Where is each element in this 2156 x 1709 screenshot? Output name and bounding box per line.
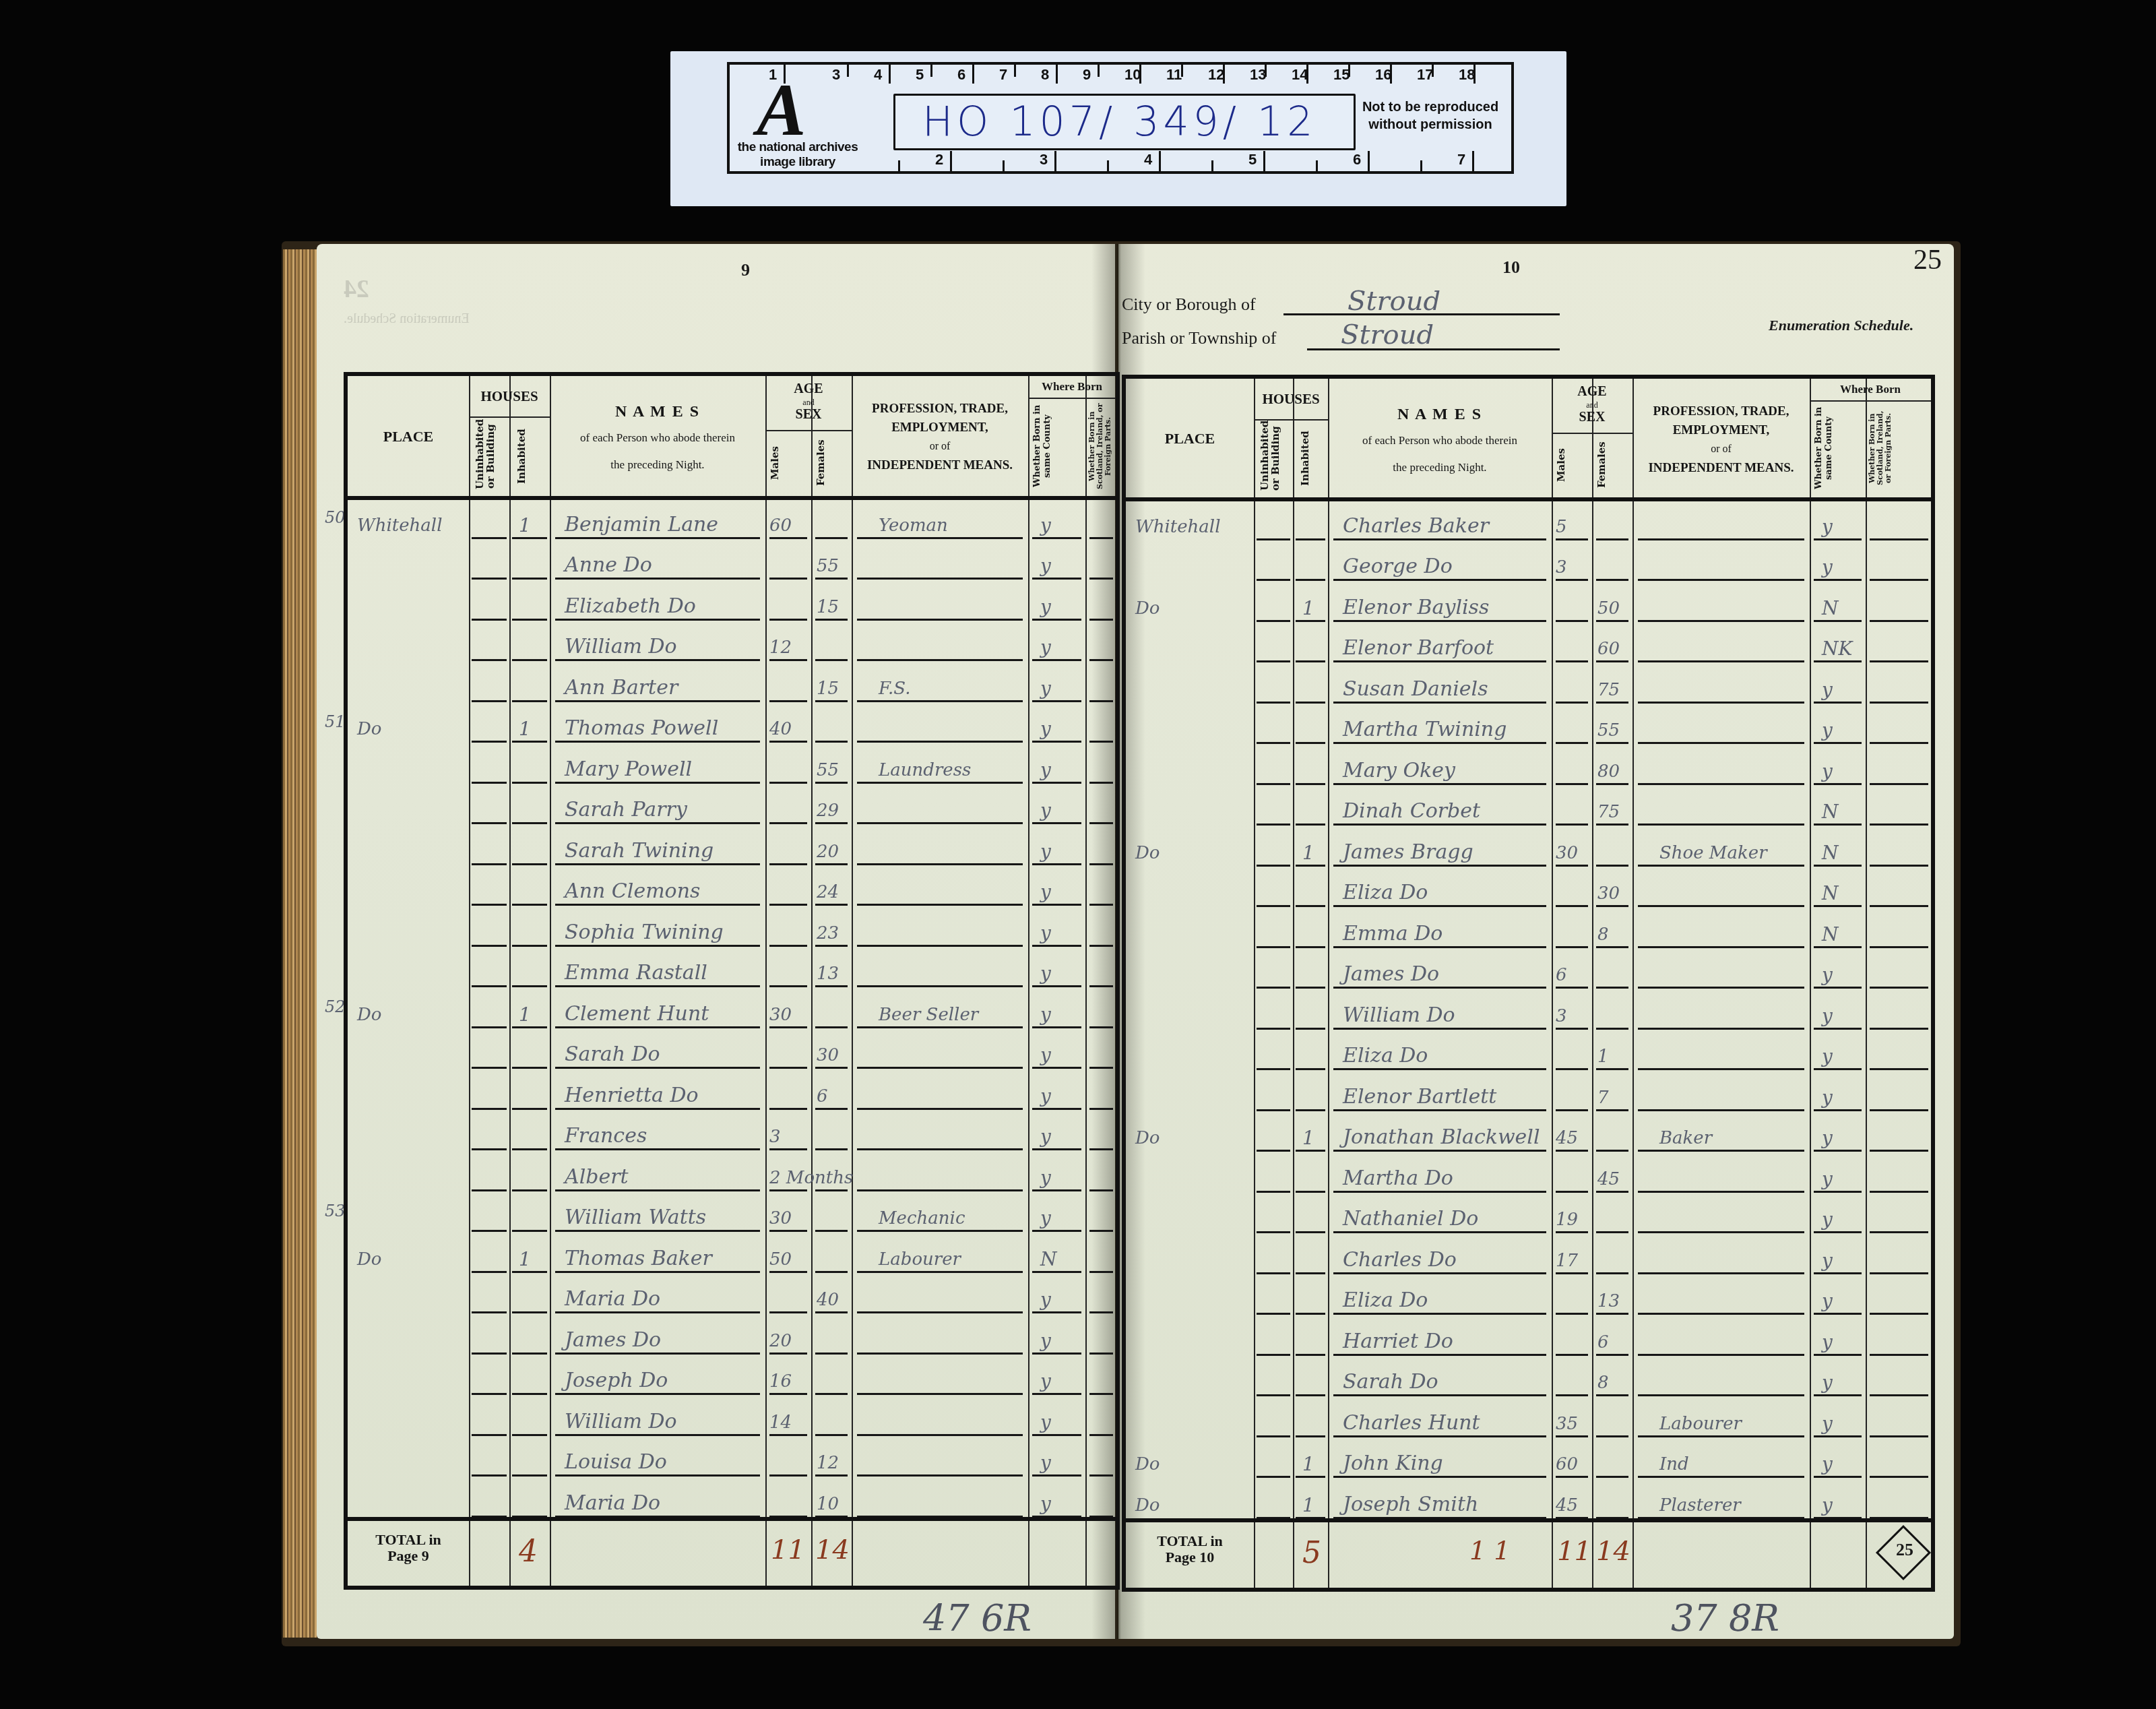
cm-label: 3: [832, 66, 840, 84]
row-rule: [857, 1271, 1023, 1273]
row-rule: [555, 659, 760, 661]
ruler-tick: [1014, 65, 1016, 77]
row-rule: [1596, 742, 1628, 744]
folio-number: 25: [1913, 244, 1942, 276]
same-county-cell: y: [1040, 1085, 1084, 1107]
inhabited-cell: 1: [519, 718, 548, 740]
row-rule: [1032, 945, 1081, 947]
row-rule: [512, 945, 547, 947]
row-rule: [1089, 1393, 1113, 1395]
row-rule: [1333, 1191, 1546, 1193]
row-rule: [815, 1026, 848, 1028]
table-row: Do1Thomas Powell40y: [348, 704, 1116, 745]
row-rule: [472, 782, 507, 784]
same-county-cell: N: [1822, 842, 1864, 864]
row-rule: [1296, 1191, 1325, 1193]
ruler-tick: [1056, 65, 1058, 84]
row-rule: [1556, 1394, 1588, 1396]
header-uninhabited: Uninhabited or Building: [474, 423, 507, 489]
header-males: Males: [1556, 439, 1589, 491]
same-county-cell: y: [1822, 964, 1864, 986]
row-rule: [1596, 824, 1628, 826]
table-row: William Do14y: [348, 1397, 1116, 1438]
row-rule: [769, 822, 807, 824]
row-rule: [1870, 660, 1928, 662]
ruler-tick: [1107, 160, 1109, 171]
same-county-cell: y: [1040, 1167, 1084, 1189]
name-cell: Emma Rastall: [565, 961, 764, 985]
ruler-tick: [1211, 160, 1213, 171]
row-rule: [472, 700, 507, 702]
row-rule: [1032, 1353, 1081, 1355]
row-rule: [1870, 1272, 1928, 1274]
row-rule: [1089, 1026, 1113, 1028]
same-county-cell: y: [1822, 1005, 1864, 1027]
row-rule: [1257, 1435, 1290, 1437]
row-rule: [1596, 1476, 1628, 1478]
row-rule: [472, 1230, 507, 1232]
name-cell: Harriet Do: [1343, 1330, 1550, 1353]
row-rule: [815, 619, 848, 621]
row-rule: [857, 1393, 1023, 1395]
row-rule: [1333, 620, 1546, 622]
row-rule: [1556, 987, 1588, 989]
row-rule: [1296, 1394, 1325, 1396]
header-age: AGE: [765, 381, 852, 397]
ruler-tick: [1316, 160, 1318, 171]
name-cell: James Bragg: [1343, 840, 1550, 864]
row-rule: [1257, 620, 1290, 622]
age-divider: [765, 430, 852, 431]
place-cell: Do: [1135, 1495, 1250, 1516]
place-cell: Do: [1135, 1128, 1250, 1148]
same-county-cell: y: [1040, 840, 1084, 863]
row-rule: [1296, 538, 1325, 540]
female-age-cell: 30: [1597, 883, 1631, 904]
row-rule: [1638, 1313, 1804, 1315]
female-age-cell: 24: [817, 882, 850, 902]
row-rule: [1870, 1354, 1928, 1356]
name-cell: Ann Clemons: [565, 879, 764, 903]
name-cell: John King: [1343, 1452, 1550, 1475]
header-age: AGE: [1552, 384, 1632, 400]
cm-label: 9: [1083, 66, 1091, 84]
profession-cell: Labourer: [1659, 1414, 1807, 1434]
row-rule: [1556, 824, 1588, 826]
row-rule: [1257, 1109, 1290, 1111]
female-age-cell: 55: [817, 760, 850, 780]
row-rule: [1814, 1231, 1862, 1233]
row-rule: [769, 1393, 807, 1395]
inhabited-cell: 1: [519, 514, 548, 536]
row-rule: [512, 1353, 547, 1355]
row-rule: [1089, 1271, 1113, 1273]
row-rule: [555, 1311, 760, 1313]
row-rule: [769, 659, 807, 661]
row-rule: [769, 1189, 807, 1191]
same-county-cell: y: [1040, 1044, 1084, 1066]
age-divider: [1552, 433, 1632, 434]
table-row: Susan Daniels75y: [1126, 664, 1931, 706]
row-rule: [815, 537, 848, 539]
row-rule: [1638, 538, 1804, 540]
inhabited-cell: 1: [1302, 842, 1327, 864]
row-rule: [1333, 1068, 1546, 1070]
name-cell: Sophia Twining: [565, 921, 764, 944]
inhabited-cell: 1: [519, 1248, 548, 1270]
row-rule: [555, 1230, 760, 1232]
row-rule: [1089, 904, 1113, 906]
row-rule: [1032, 822, 1081, 824]
row-rule: [555, 1353, 760, 1355]
table-row: Emma Rastall13y: [348, 949, 1116, 990]
cm-label: 14: [1292, 66, 1308, 84]
row-rule: [1032, 1311, 1081, 1313]
male-age-cell: 2 Months: [769, 1168, 810, 1188]
row-rule: [555, 578, 760, 580]
total-names-marks: 1 1: [1469, 1536, 1510, 1565]
where-born-divider: [1810, 400, 1931, 402]
row-rule: [1556, 1354, 1588, 1356]
total-label-line-2: Page 10: [1131, 1549, 1248, 1565]
row-rule: [472, 985, 507, 987]
male-age-cell: 17: [1556, 1251, 1591, 1271]
row-rule: [815, 1189, 848, 1191]
row-rule: [1032, 1271, 1081, 1273]
page-number: 10: [1502, 257, 1520, 278]
footer-pencil-note: 37 8R: [1671, 1597, 1779, 1640]
row-rule: [1257, 1028, 1290, 1030]
same-county-cell: y: [1822, 1127, 1864, 1149]
ruler-tick: [1054, 151, 1056, 171]
row-rule: [1257, 946, 1290, 948]
row-rule: [1296, 824, 1325, 826]
row-rule: [815, 1230, 848, 1232]
row-rule: [1638, 1476, 1804, 1478]
row-rule: [1638, 1354, 1804, 1356]
row-rule: [1032, 1393, 1081, 1395]
name-cell: William Do: [1343, 1003, 1550, 1027]
header-profession: EMPLOYMENT,: [852, 421, 1028, 435]
row-rule: [1296, 579, 1325, 581]
ruler-tick: [950, 151, 952, 171]
male-age-cell: 20: [769, 1331, 810, 1351]
name-cell: Clement Hunt: [565, 1002, 764, 1026]
row-rule: [769, 945, 807, 947]
place-cell: Do: [357, 1005, 465, 1025]
row-rule: [1556, 620, 1588, 622]
row-rule: [815, 782, 848, 784]
row-rule: [472, 741, 507, 743]
row-rule: [1814, 987, 1862, 989]
same-county-cell: y: [1822, 1453, 1864, 1475]
row-rule: [1870, 1313, 1928, 1315]
row-rule: [769, 863, 807, 865]
same-county-cell: y: [1822, 1331, 1864, 1353]
row-rule: [1333, 1231, 1546, 1233]
row-rule: [1638, 783, 1804, 785]
row-rule: [1333, 1313, 1546, 1315]
female-age-cell: 75: [1597, 680, 1631, 700]
header-names-sub: of each Person who abode therein: [550, 431, 765, 445]
logo-line-2: image library: [734, 155, 862, 170]
same-county-cell: y: [1040, 596, 1084, 618]
row-rule: [472, 1148, 507, 1150]
row-rule: [1596, 783, 1628, 785]
inhabited-cell: 1: [1302, 1453, 1327, 1475]
row-rule: [1257, 824, 1290, 826]
female-age-cell: 55: [817, 556, 850, 576]
row-rule: [1089, 1353, 1113, 1355]
row-rule: [1814, 579, 1862, 581]
total-inhabited: 5: [1302, 1536, 1321, 1570]
place-cell: Do: [1135, 843, 1250, 863]
table-row: Harriet Do6y: [1126, 1317, 1931, 1358]
female-age-cell: 8: [1597, 1373, 1631, 1393]
row-rule: [1596, 1191, 1628, 1193]
male-age-cell: 35: [1556, 1414, 1591, 1434]
row-rule: [1257, 905, 1290, 907]
name-cell: Frances: [565, 1124, 764, 1148]
row-rule: [1814, 1435, 1862, 1437]
name-cell: Maria Do: [565, 1287, 764, 1311]
name-cell: Martha Twining: [1343, 718, 1550, 741]
row-rule: [1556, 660, 1588, 662]
row-rule: [1032, 904, 1081, 906]
header-foreign-parts: Whether Born in Scotland, Ireland, or Fo…: [1868, 406, 1928, 491]
table-row: Nathaniel Do19y: [1126, 1195, 1931, 1236]
same-county-cell: NK: [1822, 638, 1864, 660]
row-rule: [1032, 1189, 1081, 1191]
profession-cell: Yeoman: [879, 516, 1025, 536]
row-rule: [1814, 824, 1862, 826]
row-rule: [1596, 538, 1628, 540]
row-rule: [1296, 1150, 1325, 1152]
row-rule: [1257, 865, 1290, 867]
inch-label: 7: [1457, 151, 1465, 168]
page-number: 9: [741, 260, 750, 280]
table-row: WhitehallCharles Baker5y: [1126, 501, 1931, 542]
table-row: Maria Do40y: [348, 1275, 1116, 1316]
census-table-page-10: PLACEHOUSESUninhabited or BuildingInhabi…: [1122, 375, 1935, 1592]
row-rule: [1556, 1028, 1588, 1030]
female-age-cell: 55: [1597, 720, 1631, 741]
row-rule: [512, 1026, 547, 1028]
male-age-cell: 16: [769, 1371, 810, 1392]
row-rule: [1089, 1148, 1113, 1150]
row-rule: [1089, 863, 1113, 865]
header-profession: or of: [1632, 443, 1810, 456]
name-cell: Thomas Powell: [565, 716, 764, 740]
row-rule: [1032, 700, 1081, 702]
row-rule: [1032, 741, 1081, 743]
row-rule: [1870, 620, 1928, 622]
row-rule: [512, 1474, 547, 1477]
row-rule: [1089, 1067, 1113, 1069]
row-rule: [1556, 1191, 1588, 1193]
header-names-sub: the preceding Night.: [550, 458, 765, 472]
row-rule: [472, 904, 507, 906]
row-rule: [769, 700, 807, 702]
header-same-county: Whether Born in same County: [1032, 403, 1083, 489]
row-rule: [815, 1393, 848, 1395]
row-rule: [1333, 538, 1546, 540]
houses-divider: [469, 416, 550, 418]
male-age-cell: 45: [1556, 1495, 1591, 1516]
row-rule: [1296, 865, 1325, 867]
row-rule: [1257, 1476, 1290, 1478]
row-rule: [1032, 985, 1081, 987]
name-cell: Maria Do: [565, 1491, 764, 1515]
row-rule: [1596, 946, 1628, 948]
name-cell: Joseph Do: [565, 1369, 764, 1392]
row-rule: [1296, 987, 1325, 989]
total-males: 11: [1557, 1536, 1591, 1567]
row-rule: [1638, 1150, 1804, 1152]
row-rule: [512, 782, 547, 784]
total-label: TOTAL inPage 10: [1131, 1533, 1248, 1565]
table-row: Charles Do17y: [1126, 1235, 1931, 1276]
row-rule: [1296, 660, 1325, 662]
place-cell: Whitehall: [1135, 517, 1250, 537]
document-reference: HO 107/ 349/ 12: [922, 98, 1317, 146]
female-age-cell: 80: [1597, 762, 1631, 782]
row-rule: [769, 904, 807, 906]
row-rule: [1089, 1189, 1113, 1191]
row-rule: [1032, 578, 1081, 580]
row-rule: [1638, 865, 1804, 867]
row-rule: [1556, 905, 1588, 907]
ruler-tick: [972, 65, 974, 84]
row-rule: [1333, 579, 1546, 581]
row-rule: [1638, 1028, 1804, 1030]
schedule-number: 52: [325, 997, 346, 1016]
row-rule: [1556, 742, 1588, 744]
row-rule: [815, 741, 848, 743]
profession-cell: Shoe Maker: [1659, 843, 1807, 863]
cm-label: 11: [1166, 66, 1182, 84]
row-rule: [1556, 1435, 1588, 1437]
same-county-cell: y: [1822, 760, 1864, 782]
row-rule: [512, 619, 547, 621]
row-rule: [1870, 905, 1928, 907]
row-rule: [1257, 579, 1290, 581]
row-rule: [555, 1067, 760, 1069]
name-cell: Jonathan Blackwell: [1343, 1125, 1550, 1149]
table-header: PLACEHOUSESUninhabited or BuildingInhabi…: [348, 376, 1116, 500]
row-rule: [1032, 619, 1081, 621]
row-rule: [1296, 620, 1325, 622]
same-county-cell: y: [1040, 677, 1084, 700]
row-rule: [1596, 1272, 1628, 1274]
same-county-cell: y: [1822, 1412, 1864, 1435]
female-age-cell: 45: [1597, 1169, 1631, 1189]
table-row: Mary Powell55Laundressy: [348, 745, 1116, 786]
header-place: PLACE: [1126, 430, 1254, 447]
row-rule: [1814, 538, 1862, 540]
row-rule: [555, 619, 760, 621]
header-same-county: Whether Born in same County: [1814, 406, 1863, 491]
header-profession: PROFESSION, TRADE,: [1632, 404, 1810, 419]
table-row: Sarah Do8y: [1126, 1358, 1931, 1399]
logo-line-1: the national archives: [734, 140, 862, 155]
row-rule: [1296, 1231, 1325, 1233]
inch-label: 4: [1144, 151, 1152, 168]
female-age-cell: 7: [1597, 1088, 1631, 1108]
row-rule: [1814, 1150, 1862, 1152]
row-rule: [1032, 1474, 1081, 1477]
row-rule: [1257, 742, 1290, 744]
row-rule: [857, 1026, 1023, 1028]
row-rule: [512, 1148, 547, 1150]
same-county-cell: y: [1040, 1288, 1084, 1311]
same-county-cell: y: [1040, 881, 1084, 903]
header-inhabited: Inhabited: [1300, 426, 1324, 491]
male-age-cell: 30: [769, 1208, 810, 1229]
table-row: Do1Thomas Baker50LabourerN: [348, 1234, 1116, 1275]
name-cell: Eliza Do: [1343, 881, 1550, 904]
male-age-cell: 50: [769, 1249, 810, 1270]
row-rule: [1596, 1313, 1628, 1315]
row-rule: [1814, 742, 1862, 744]
row-rule: [1870, 1435, 1928, 1437]
name-cell: Charles Baker: [1343, 514, 1550, 538]
cm-label: 7: [999, 66, 1007, 84]
header-age-and: and: [1552, 400, 1632, 410]
name-cell: James Do: [565, 1328, 764, 1352]
row-rule: [857, 537, 1023, 539]
male-age-cell: 5: [1556, 517, 1591, 537]
inhabited-cell: 1: [1302, 1127, 1327, 1149]
row-rule: [1296, 905, 1325, 907]
name-cell: Louisa Do: [565, 1450, 764, 1474]
row-rule: [1296, 742, 1325, 744]
header-place: PLACE: [348, 428, 469, 445]
row-rule: [1814, 1028, 1862, 1030]
female-age-cell: 8: [1597, 925, 1631, 945]
profession-cell: Laundress: [879, 760, 1025, 780]
row-rule: [857, 741, 1023, 743]
name-cell: Elenor Bartlett: [1343, 1085, 1550, 1109]
same-county-cell: y: [1822, 1086, 1864, 1109]
schedule-number: 50: [325, 508, 346, 527]
row-rule: [512, 537, 547, 539]
row-rule: [472, 1393, 507, 1395]
row-rule: [769, 1434, 807, 1436]
table-row: Elizabeth Do15y: [348, 582, 1116, 623]
profession-cell: Mechanic: [879, 1208, 1025, 1229]
row-rule: [769, 578, 807, 580]
reproduction-notice: Not to be reproduced without permission: [1356, 98, 1504, 133]
cm-label: 8: [1041, 66, 1049, 84]
male-age-cell: 45: [1556, 1128, 1591, 1148]
row-rule: [1596, 1231, 1628, 1233]
inhabited-cell: 1: [1302, 597, 1327, 619]
row-rule: [1870, 1109, 1928, 1111]
male-age-cell: 40: [769, 719, 810, 739]
row-rule: [1638, 1068, 1804, 1070]
row-rule: [857, 1353, 1023, 1355]
row-rule: [512, 578, 547, 580]
row-rule: [1296, 1476, 1325, 1478]
row-rule: [1596, 579, 1628, 581]
header-profession: INDEPENDENT MEANS.: [852, 458, 1028, 473]
row-rule: [857, 904, 1023, 906]
row-rule: [769, 1230, 807, 1232]
row-rule: [1814, 702, 1862, 704]
name-cell: Joseph Smith: [1343, 1493, 1550, 1516]
stamp-number: 25: [1888, 1540, 1922, 1560]
